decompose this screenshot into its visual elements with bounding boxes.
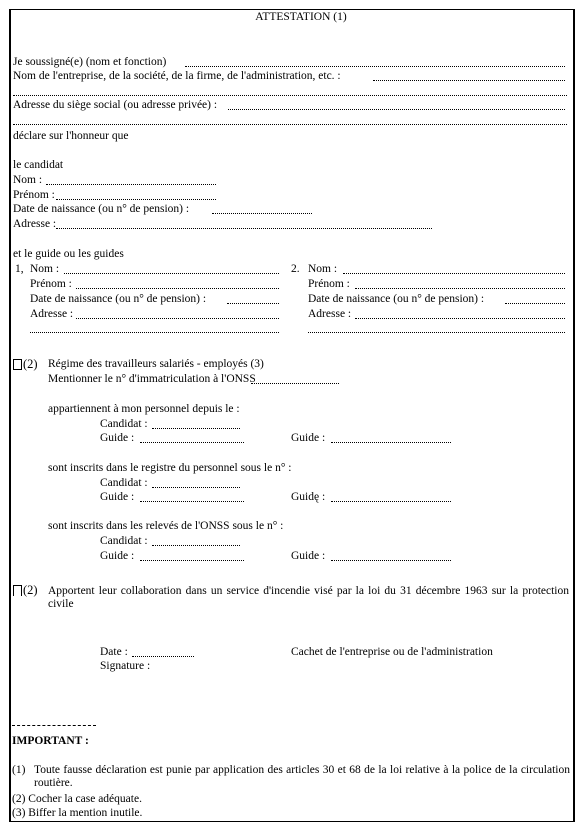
option2-marker: (2) — [23, 584, 38, 597]
register-candidate-label: Candidat : — [100, 477, 148, 490]
guides-heading: et le guide ou les guides — [13, 248, 124, 261]
onss-records-candidate-label: Candidat : — [100, 535, 148, 548]
guide1-name-field[interactable] — [64, 273, 279, 274]
guide1-name-label: Nom : — [30, 263, 59, 276]
guide1-address-field[interactable] — [76, 318, 279, 319]
candidate-birth-label: Date de naissance (ou n° de pension) : — [13, 203, 189, 216]
guide2-address-field[interactable] — [355, 318, 565, 319]
note2: (2) Cocher la case adéquate. — [12, 793, 142, 806]
onss-records-guide2-label: Guide : — [291, 550, 325, 563]
onss-records-candidate-field[interactable] — [152, 545, 240, 546]
guide2-name-field[interactable] — [343, 273, 565, 274]
candidate-address-field[interactable] — [56, 228, 432, 229]
option1-heading: Régime des travailleurs salariés - emplo… — [48, 358, 264, 371]
guide2-firstname-label: Prénom : — [308, 278, 350, 291]
company-field[interactable] — [373, 80, 565, 81]
guide1-number: 1, — [15, 263, 24, 276]
belong-guide1-field[interactable] — [140, 442, 244, 443]
stamp-label: Cachet de l'entreprise ou de l'administr… — [291, 646, 493, 659]
onss-number-field[interactable] — [251, 383, 339, 384]
guide2-address-field-line2[interactable] — [308, 332, 565, 333]
belong-guide1-label: Guide : — [100, 432, 134, 445]
note1-text: Toute fausse déclaration est punie par a… — [12, 764, 570, 790]
candidate-firstname-field[interactable] — [56, 199, 216, 200]
important-heading: IMPORTANT : — [12, 735, 89, 748]
register-candidate-field[interactable] — [152, 487, 240, 488]
onss-records-heading: sont inscrits dans les relevés de l'ONSS… — [48, 520, 283, 533]
address-label: Adresse du siège social (ou adresse priv… — [13, 99, 217, 112]
candidate-name-label: Nom : — [13, 174, 42, 187]
belong-guide2-label: Guide : — [291, 432, 325, 445]
company-field-line2[interactable] — [13, 95, 567, 96]
register-guide2-label: Guidę : — [291, 491, 325, 504]
onss-records-guide1-field[interactable] — [140, 560, 244, 561]
guide2-number: 2. — [291, 263, 300, 276]
declare-text: déclare sur l'honneur que — [13, 130, 128, 143]
option1-marker: (2) — [23, 358, 38, 371]
guide2-name-label: Nom : — [308, 263, 337, 276]
guide1-birth-field[interactable] — [227, 303, 279, 304]
option2-checkbox[interactable] — [13, 585, 22, 596]
guide1-firstname-label: Prénom : — [30, 278, 72, 291]
register-guide2-field[interactable] — [331, 501, 451, 502]
guide1-birth-label: Date de naissance (ou n° de pension) : — [30, 293, 206, 306]
onss-label: Mentionner le n° d'immatriculation à l'O… — [48, 373, 256, 386]
title-text: ATTESTATION (1) — [255, 11, 346, 24]
guide2-birth-field[interactable] — [505, 303, 565, 304]
guide1-address-label: Adresse : — [30, 308, 73, 321]
footnote-separator — [12, 725, 96, 726]
candidate-firstname-label: Prénom : — [13, 189, 55, 202]
guide1-address-field-line2[interactable] — [30, 332, 279, 333]
address-field[interactable] — [228, 109, 565, 110]
register-heading: sont inscrits dans le registre du person… — [48, 462, 292, 475]
company-label: Nom de l'entreprise, de la société, de l… — [13, 70, 341, 83]
belong-candidate-label: Candidat : — [100, 418, 148, 431]
candidate-heading: le candidat — [13, 159, 63, 172]
address-field-line2[interactable] — [13, 124, 567, 125]
belong-candidate-field[interactable] — [152, 428, 240, 429]
guide2-firstname-field[interactable] — [355, 288, 565, 289]
date-label: Date : — [100, 646, 128, 659]
register-guide1-field[interactable] — [140, 501, 244, 502]
guide1-firstname-field[interactable] — [76, 288, 279, 289]
undersigned-label: Je soussigné(e) (nom et fonction) — [13, 56, 166, 69]
guide2-birth-label: Date de naissance (ou n° de pension) : — [308, 293, 484, 306]
note3: (3) Biffer la mention inutile. — [12, 807, 142, 820]
candidate-birth-field[interactable] — [212, 213, 312, 214]
option2-text: Apportent leur collaboration dans un ser… — [48, 585, 569, 611]
belong-guide2-field[interactable] — [331, 442, 451, 443]
onss-records-guide1-label: Guide : — [100, 550, 134, 563]
belong-heading: appartiennent à mon personnel depuis le … — [48, 403, 240, 416]
candidate-name-field[interactable] — [46, 184, 216, 185]
date-field[interactable] — [132, 656, 194, 657]
guide2-address-label: Adresse : — [308, 308, 351, 321]
document-title: ATTESTATION (1) — [0, 11, 586, 24]
option1-checkbox[interactable] — [13, 359, 22, 370]
onss-records-guide2-field[interactable] — [331, 560, 451, 561]
register-guide1-label: Guide : — [100, 491, 134, 504]
signature-label: Signature : — [100, 660, 150, 673]
candidate-address-label: Adresse : — [13, 218, 56, 231]
note1-body: Toute fausse déclaration est punie par a… — [12, 764, 570, 790]
undersigned-field[interactable] — [185, 66, 565, 67]
